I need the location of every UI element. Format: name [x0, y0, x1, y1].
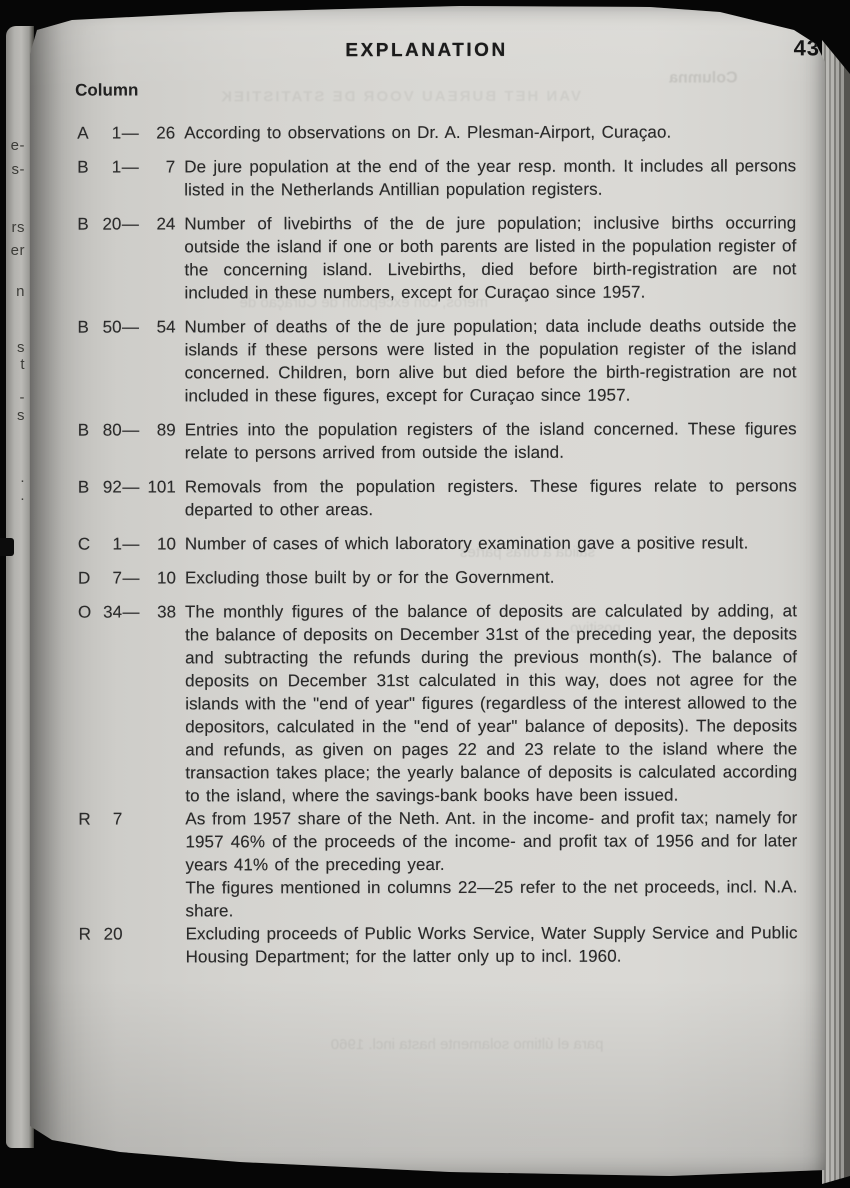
facing-page-text-fragment: .	[20, 488, 25, 503]
book-page: EXPLANATION 43 Column ColumnaVAN HET BUR…	[30, 0, 825, 1188]
explanation-entry: O 34 — 38 The monthly figures of the bal…	[78, 599, 808, 807]
entry-description: De jure population at the end of the yea…	[184, 154, 796, 201]
explanation-entry: B 92 — 101 Removals from the population …	[78, 474, 808, 521]
entry-paragraph: De jure population at the end of the yea…	[184, 154, 796, 201]
entry-range-dash: —	[121, 213, 139, 236]
explanation-entries: A 1 — 26 According to observations on Dr…	[77, 109, 808, 968]
entry-description: Number of cases of which laboratory exam…	[185, 531, 797, 555]
entry-range-start: 1	[97, 122, 121, 145]
explanation-entry: B 80 — 89 Entries into the population re…	[78, 417, 808, 464]
facing-page-text-fragment: .	[20, 470, 25, 485]
entry-paragraph: Number of cases of which laboratory exam…	[185, 531, 797, 555]
facing-page-text-fragment: n	[16, 284, 25, 299]
entry-column-letter: B	[78, 476, 98, 499]
entry-range-end: 38	[140, 600, 176, 623]
entry-range-start: 1	[98, 533, 122, 556]
facing-page-text-fragment: -	[20, 390, 26, 405]
facing-page-text-fragment: t	[20, 357, 25, 372]
entry-range-dash: —	[121, 156, 139, 179]
entry-paragraph: Number of deaths of the de jure populati…	[185, 314, 797, 407]
explanation-entry: D 7 — 10 Excluding those built by or for…	[78, 565, 808, 589]
ghost-bleed-text: VAN HET BUREAU VOOR DE STATISTIEK	[219, 88, 581, 106]
entry-column-letter: O	[78, 601, 98, 624]
entry-paragraph: Removals from the population registers. …	[185, 474, 797, 521]
entry-range-end: 26	[139, 121, 175, 144]
entry-paragraph: As from 1957 share of the Neth. Ant. in …	[185, 806, 797, 876]
entry-range-dash: —	[122, 419, 140, 442]
facing-page-text-fragment: er	[11, 243, 25, 258]
entry-range-start: 20	[97, 213, 121, 236]
entry-paragraph: The figures mentioned in columns 22—25 r…	[185, 875, 797, 922]
facing-page-text-fragment: s-	[12, 162, 26, 177]
entry-range-end: 7	[139, 155, 175, 178]
entry-range-start: 20	[99, 923, 123, 946]
entry-description: Excluding those built by or for the Gove…	[185, 565, 797, 589]
facing-page-text-fragment: e-	[11, 138, 25, 153]
entry-column-letter: D	[78, 567, 98, 590]
entry-paragraph: Excluding proceeds of Public Works Servi…	[186, 921, 798, 968]
entry-column-letter: B	[77, 156, 97, 179]
entry-range-start: 34	[98, 601, 122, 624]
entry-range-start: 50	[98, 316, 122, 339]
entry-column-letter: R	[79, 923, 99, 946]
entry-range-start: 7	[98, 808, 122, 831]
entry-range-start: 92	[98, 476, 122, 499]
entry-range-dash: —	[122, 476, 140, 499]
entry-range-start: 7	[98, 567, 122, 590]
page-edge-stack	[822, 0, 850, 1188]
entry-range-dash: —	[122, 533, 140, 556]
entry-column-letter: C	[78, 533, 98, 556]
entry-description: Number of livebirths of the de jure popu…	[184, 211, 796, 304]
entry-paragraph: Entries into the population registers of…	[185, 417, 797, 464]
page-content: EXPLANATION 43 Column ColumnaVAN HET BUR…	[29, 0, 826, 1188]
entry-description: Number of deaths of the de jure populati…	[185, 314, 797, 407]
entry-paragraph: Excluding those built by or for the Gove…	[185, 565, 797, 589]
entry-paragraph: According to observations on Dr. A. Ples…	[184, 120, 796, 144]
entry-range-dash: —	[122, 316, 140, 339]
explanation-entry: R 7 As from 1957 share of the Neth. Ant.…	[78, 806, 808, 922]
explanation-entry: B 50 — 54 Number of deaths of the de jur…	[78, 314, 808, 407]
entry-paragraph: Number of livebirths of the de jure popu…	[184, 211, 796, 304]
entry-range-start: 1	[97, 156, 121, 179]
entry-description: As from 1957 share of the Neth. Ant. in …	[185, 806, 797, 922]
entry-range-end: 89	[140, 418, 176, 441]
ghost-bleed-text: para el último solamente hasta incl. 196…	[331, 1036, 604, 1053]
bleed-through-layer: ColumnaVAN HET BUREAU VOOR DE STATISTIEK…	[29, 0, 824, 1]
explanation-entry: B 1 — 7 De jure population at the end of…	[77, 154, 807, 201]
page-title: EXPLANATION	[29, 39, 824, 62]
entry-description: Removals from the population registers. …	[185, 474, 797, 521]
facing-page-sliver: e-s-rsernst-s..	[6, 26, 34, 1148]
entry-range-start: 80	[98, 419, 122, 442]
entry-description: Entries into the population registers of…	[185, 417, 797, 464]
column-heading: Column	[75, 81, 138, 101]
entry-column-letter: R	[78, 808, 98, 831]
spine-ink-mark	[0, 538, 14, 556]
entry-description: According to observations on Dr. A. Ples…	[184, 120, 796, 144]
explanation-entry: C 1 — 10 Number of cases of which labora…	[78, 531, 808, 555]
scanned-book-page: { "header": { "title": "EXPLANATION", "p…	[0, 0, 850, 1188]
facing-page-text-fragment: s	[17, 408, 25, 423]
entry-range-end: 10	[140, 566, 176, 589]
entry-column-letter: B	[78, 316, 98, 339]
ghost-bleed-text: Columna	[669, 69, 737, 87]
entry-column-letter: B	[77, 213, 97, 236]
entry-range-dash: —	[122, 567, 140, 590]
entry-column-letter: B	[78, 419, 98, 442]
entry-range-end: 10	[140, 532, 176, 555]
facing-page-text-fragment: s	[17, 340, 25, 355]
facing-page-text-fragment: rs	[12, 220, 26, 235]
entry-range-end: 24	[139, 212, 175, 235]
entry-range-dash: —	[122, 601, 140, 624]
entry-column-letter: A	[77, 122, 97, 145]
entry-range-end: 101	[140, 475, 176, 498]
entry-description: Excluding proceeds of Public Works Servi…	[186, 921, 798, 968]
explanation-entry: R 20 Excluding proceeds of Public Works …	[79, 921, 809, 968]
entry-range-end: 54	[140, 315, 176, 338]
explanation-entry: B 20 — 24 Number of livebirths of the de…	[77, 211, 807, 304]
entry-range-dash: —	[121, 122, 139, 145]
explanation-entry: A 1 — 26 According to observations on Dr…	[77, 120, 807, 144]
entry-paragraph: The monthly figures of the balance of de…	[185, 599, 797, 807]
entry-description: The monthly figures of the balance of de…	[185, 599, 797, 807]
page-number: 43	[794, 35, 821, 61]
